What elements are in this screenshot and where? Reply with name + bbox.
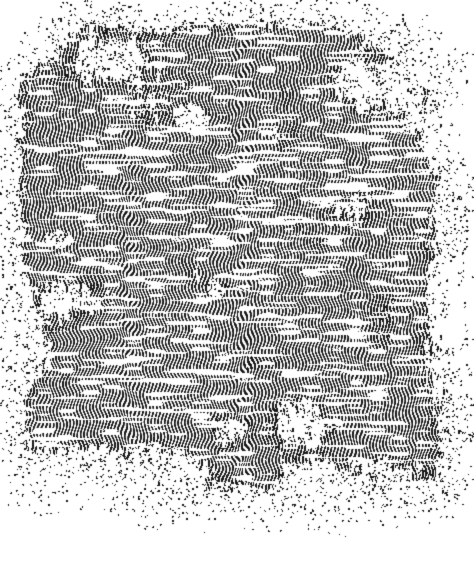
grunge-stripe-texture — [0, 0, 474, 569]
texture-canvas — [0, 0, 474, 569]
